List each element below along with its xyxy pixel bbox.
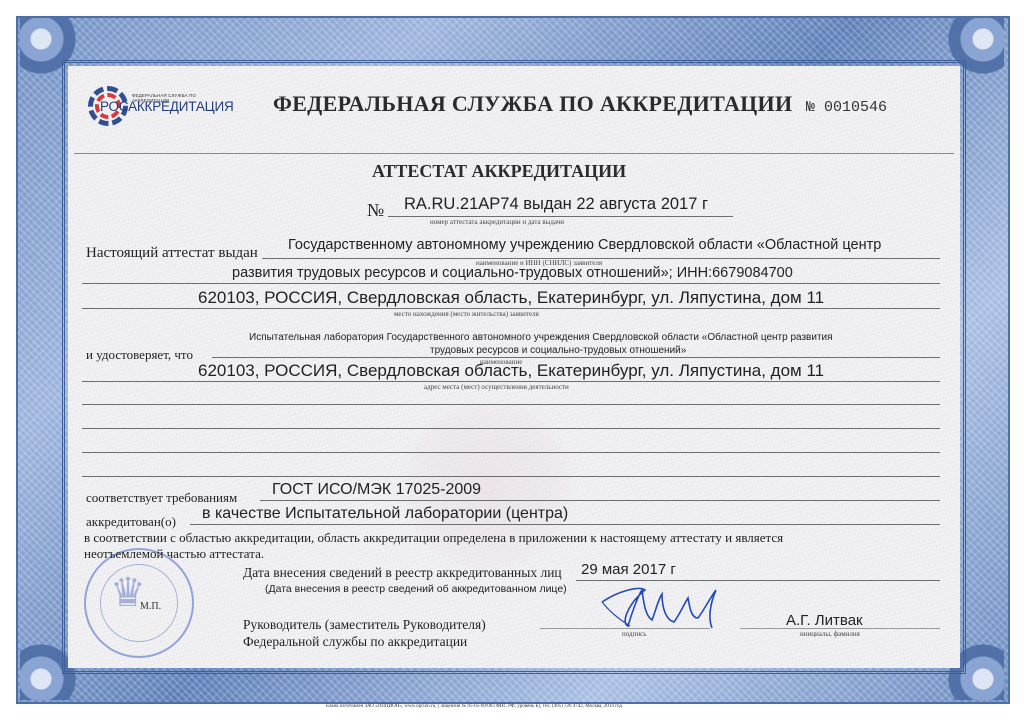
issued-to-label: Настоящий аттестат выдан: [86, 245, 258, 262]
compliance-standard: ГОСТ ИСО/МЭК 17025-2009: [272, 481, 481, 499]
header-divider: [74, 153, 954, 154]
blank-line: [82, 428, 940, 429]
lab-name-line2: трудовых ресурсов и социально-трудовых о…: [430, 345, 686, 356]
issued-to-line1: Государственному автономному учреждению …: [288, 237, 881, 253]
number-caption: номер аттестата аккредитации и дата выда…: [430, 218, 564, 226]
signatory-name: А.Г. Литвак: [786, 612, 863, 629]
registry-date-caption: (Дата внесения в реестр сведений об аккр…: [265, 583, 567, 595]
accredited-label: аккредитован(о): [86, 514, 176, 530]
printer-note: Бланк изготовлен ЗАО «ОПЦИОН», www.opcio…: [326, 704, 622, 709]
lab-address-caption: адрес места (мест) осуществления деятель…: [424, 383, 569, 391]
signatory-name-caption: инициалы, фамилия: [800, 630, 860, 638]
signatory-position-line2: Федеральной службы по аккредитации: [243, 634, 467, 650]
stamp-place-label: М.П.: [140, 601, 161, 612]
number-underline: [388, 216, 733, 217]
signature-caption: подпись: [622, 630, 646, 638]
accredited-underline: [190, 524, 940, 525]
lab-name-underline: [212, 357, 940, 358]
applicant-address-underline: [82, 308, 940, 309]
lab-address: 620103, РОССИЯ, Свердловская область, Ек…: [198, 361, 824, 381]
registry-date: 29 мая 2017 г: [581, 561, 676, 578]
signatory-name-underline: [740, 628, 940, 629]
certificate-number: RA.RU.21AP74 выдан 22 августа 2017 г: [404, 195, 708, 214]
rosakkreditatsiya-logo: ФЕДЕРАЛЬНАЯ СЛУЖБА ПО АККРЕДИТАЦИИ РОСАК…: [88, 86, 228, 130]
accredited-as: в качестве Испытательной лаборатории (це…: [202, 505, 568, 523]
logo-brand-prefix: РОС: [100, 99, 128, 114]
scope-text-line2: неотъемлемой частью аттестата.: [84, 546, 264, 562]
signatory-position-line1: Руководитель (заместитель Руководителя): [243, 617, 486, 633]
certificate-title: АТТЕСТАТ АККРЕДИТАЦИИ: [372, 161, 626, 182]
applicant-address: 620103, РОССИЯ, Свердловская область, Ек…: [198, 288, 824, 308]
applicant-address-caption: место нахождения (место жительства) заяв…: [394, 310, 539, 318]
signature-underline: [540, 628, 710, 629]
issued-to-underline2: [82, 283, 940, 284]
agency-title: ФЕДЕРАЛЬНАЯ СЛУЖБА ПО АККРЕДИТАЦИИ: [273, 91, 792, 117]
blank-line: [82, 476, 940, 477]
registry-date-label: Дата внесения сведений в реестр аккредит…: [243, 565, 562, 581]
compliance-label: соответствует требованиям: [86, 490, 237, 506]
lab-address-underline: [82, 381, 940, 382]
certifies-label: и удостоверяет, что: [86, 347, 193, 363]
serial-number: № 0010546: [806, 99, 887, 116]
compliance-underline: [260, 500, 940, 501]
logo-brand-suffix: АККРЕДИТАЦИЯ: [128, 99, 233, 114]
blank-line: [82, 452, 940, 453]
issued-to-line2: развития трудовых ресурсов и социально-т…: [232, 265, 793, 281]
lab-name-line1: Испытательная лаборатория Государственно…: [249, 332, 833, 343]
official-stamp: ♛: [84, 548, 194, 658]
logo-brand: РОСАККРЕДИТАЦИЯ: [100, 99, 234, 114]
blank-line: [82, 404, 940, 405]
scope-text-line1: в соответствии с областью аккредитации, …: [84, 530, 783, 546]
registry-date-underline: [576, 580, 940, 581]
number-sign: №: [367, 200, 384, 221]
signature-icon: [600, 582, 730, 632]
